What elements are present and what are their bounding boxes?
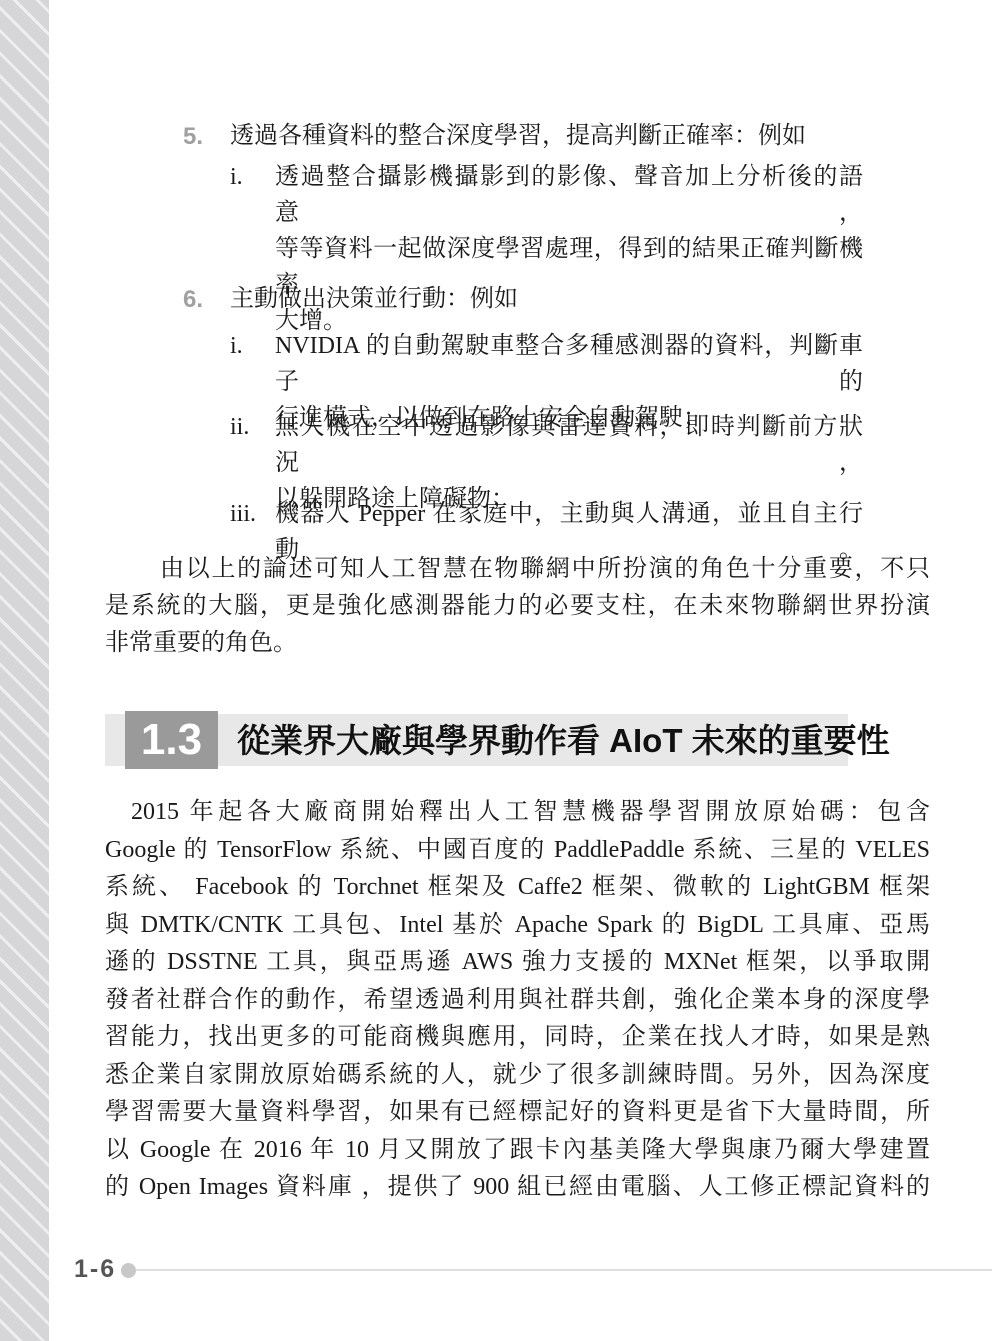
text-line: 習能力，找出更多的可能商機與應用，同時，企業在找人才時，如果是熟 xyxy=(105,1019,930,1057)
text-line: 透過整合攝影機攝影到的影像、聲音加上分析後的語意， xyxy=(275,159,863,231)
text-line: NVIDIA 的自動駕駛車整合多種感測器的資料，判斷車子的 xyxy=(275,328,863,400)
footer-rule xyxy=(136,1269,992,1271)
text-line: 以 Google 在 2016 年 10 月又開放了跟卡內基美隆大學與康乃爾大學… xyxy=(105,1132,930,1170)
list-item-number: 6. xyxy=(183,281,230,318)
list-item-number: 5. xyxy=(183,118,230,155)
text-line: 發者社群合作的動作，希望透過利用與社群共創，強化企業本身的深度學 xyxy=(105,982,930,1020)
list-item-5: 5. 透過各種資料的整合深度學習，提高判斷正確率：例如 xyxy=(183,118,806,155)
footer-dot-decoration xyxy=(121,1263,136,1278)
text-line: 由以上的論述可知人工智慧在物聯網中所扮演的角色十分重要，不只 xyxy=(105,551,930,588)
text-line: 與 DMTK/CNTK 工具包、Intel 基於 Apache Spark 的 … xyxy=(105,907,930,945)
text-line: 無人機在空中透過影像與雷達資料，即時判斷前方狀況， xyxy=(275,409,863,481)
list-item-6: 6. 主動做出決策並行動：例如 xyxy=(183,281,518,318)
text-line: 遜的 DSSTNE 工具，與亞馬遜 AWS 強力支援的 MXNet 框架，以爭取… xyxy=(105,944,930,982)
list-item-text: 主動做出決策並行動：例如 xyxy=(230,281,518,318)
text-line: 學習需要大量資料學習，如果有已經標記好的資料更是省下大量時間，所 xyxy=(105,1094,930,1132)
text-line: 是系統的大腦，更是強化感測器能力的必要支柱，在未來物聯網世界扮演 xyxy=(105,588,930,625)
page-number: 1-6 xyxy=(74,1255,116,1284)
section-title: 從業界大廠與學界動作看 AIoT 未來的重要性 xyxy=(237,711,890,769)
text-line: Google 的 TensorFlow 系統、中國百度的 PaddlePaddl… xyxy=(105,832,930,870)
text-line: 2015 年起各大廠商開始釋出人工智慧機器學習開放原始碼：包含 xyxy=(105,794,930,832)
section-heading: 1.3 從業界大廠與學界動作看 AIoT 未來的重要性 xyxy=(105,711,848,769)
text-line: 悉企業自家開放原始碼系統的人，就少了很多訓練時間。另外，因為深度 xyxy=(105,1057,930,1095)
list-item-text: 透過各種資料的整合深度學習，提高判斷正確率：例如 xyxy=(230,118,806,155)
paragraph-open-source: 2015 年起各大廠商開始釋出人工智慧機器學習開放原始碼：包含 Google 的… xyxy=(105,794,930,1207)
book-page: 5. 透過各種資料的整合深度學習，提高判斷正確率：例如 i. 透過整合攝影機攝影… xyxy=(0,0,1000,1341)
text-line: 系統、 Facebook 的 Torchnet 框架及 Caffe2 框架、微軟… xyxy=(105,869,930,907)
left-stripe-decoration xyxy=(0,0,49,1341)
text-line: 的 Open Images 資料庫 ，提供了 900 組已經由電腦、人工修正標記… xyxy=(105,1169,930,1207)
section-number: 1.3 xyxy=(125,711,218,769)
text-line: 非常重要的角色。 xyxy=(105,625,930,662)
paragraph-conclusion: 由以上的論述可知人工智慧在物聯網中所扮演的角色十分重要，不只 是系統的大腦，更是… xyxy=(105,551,930,662)
